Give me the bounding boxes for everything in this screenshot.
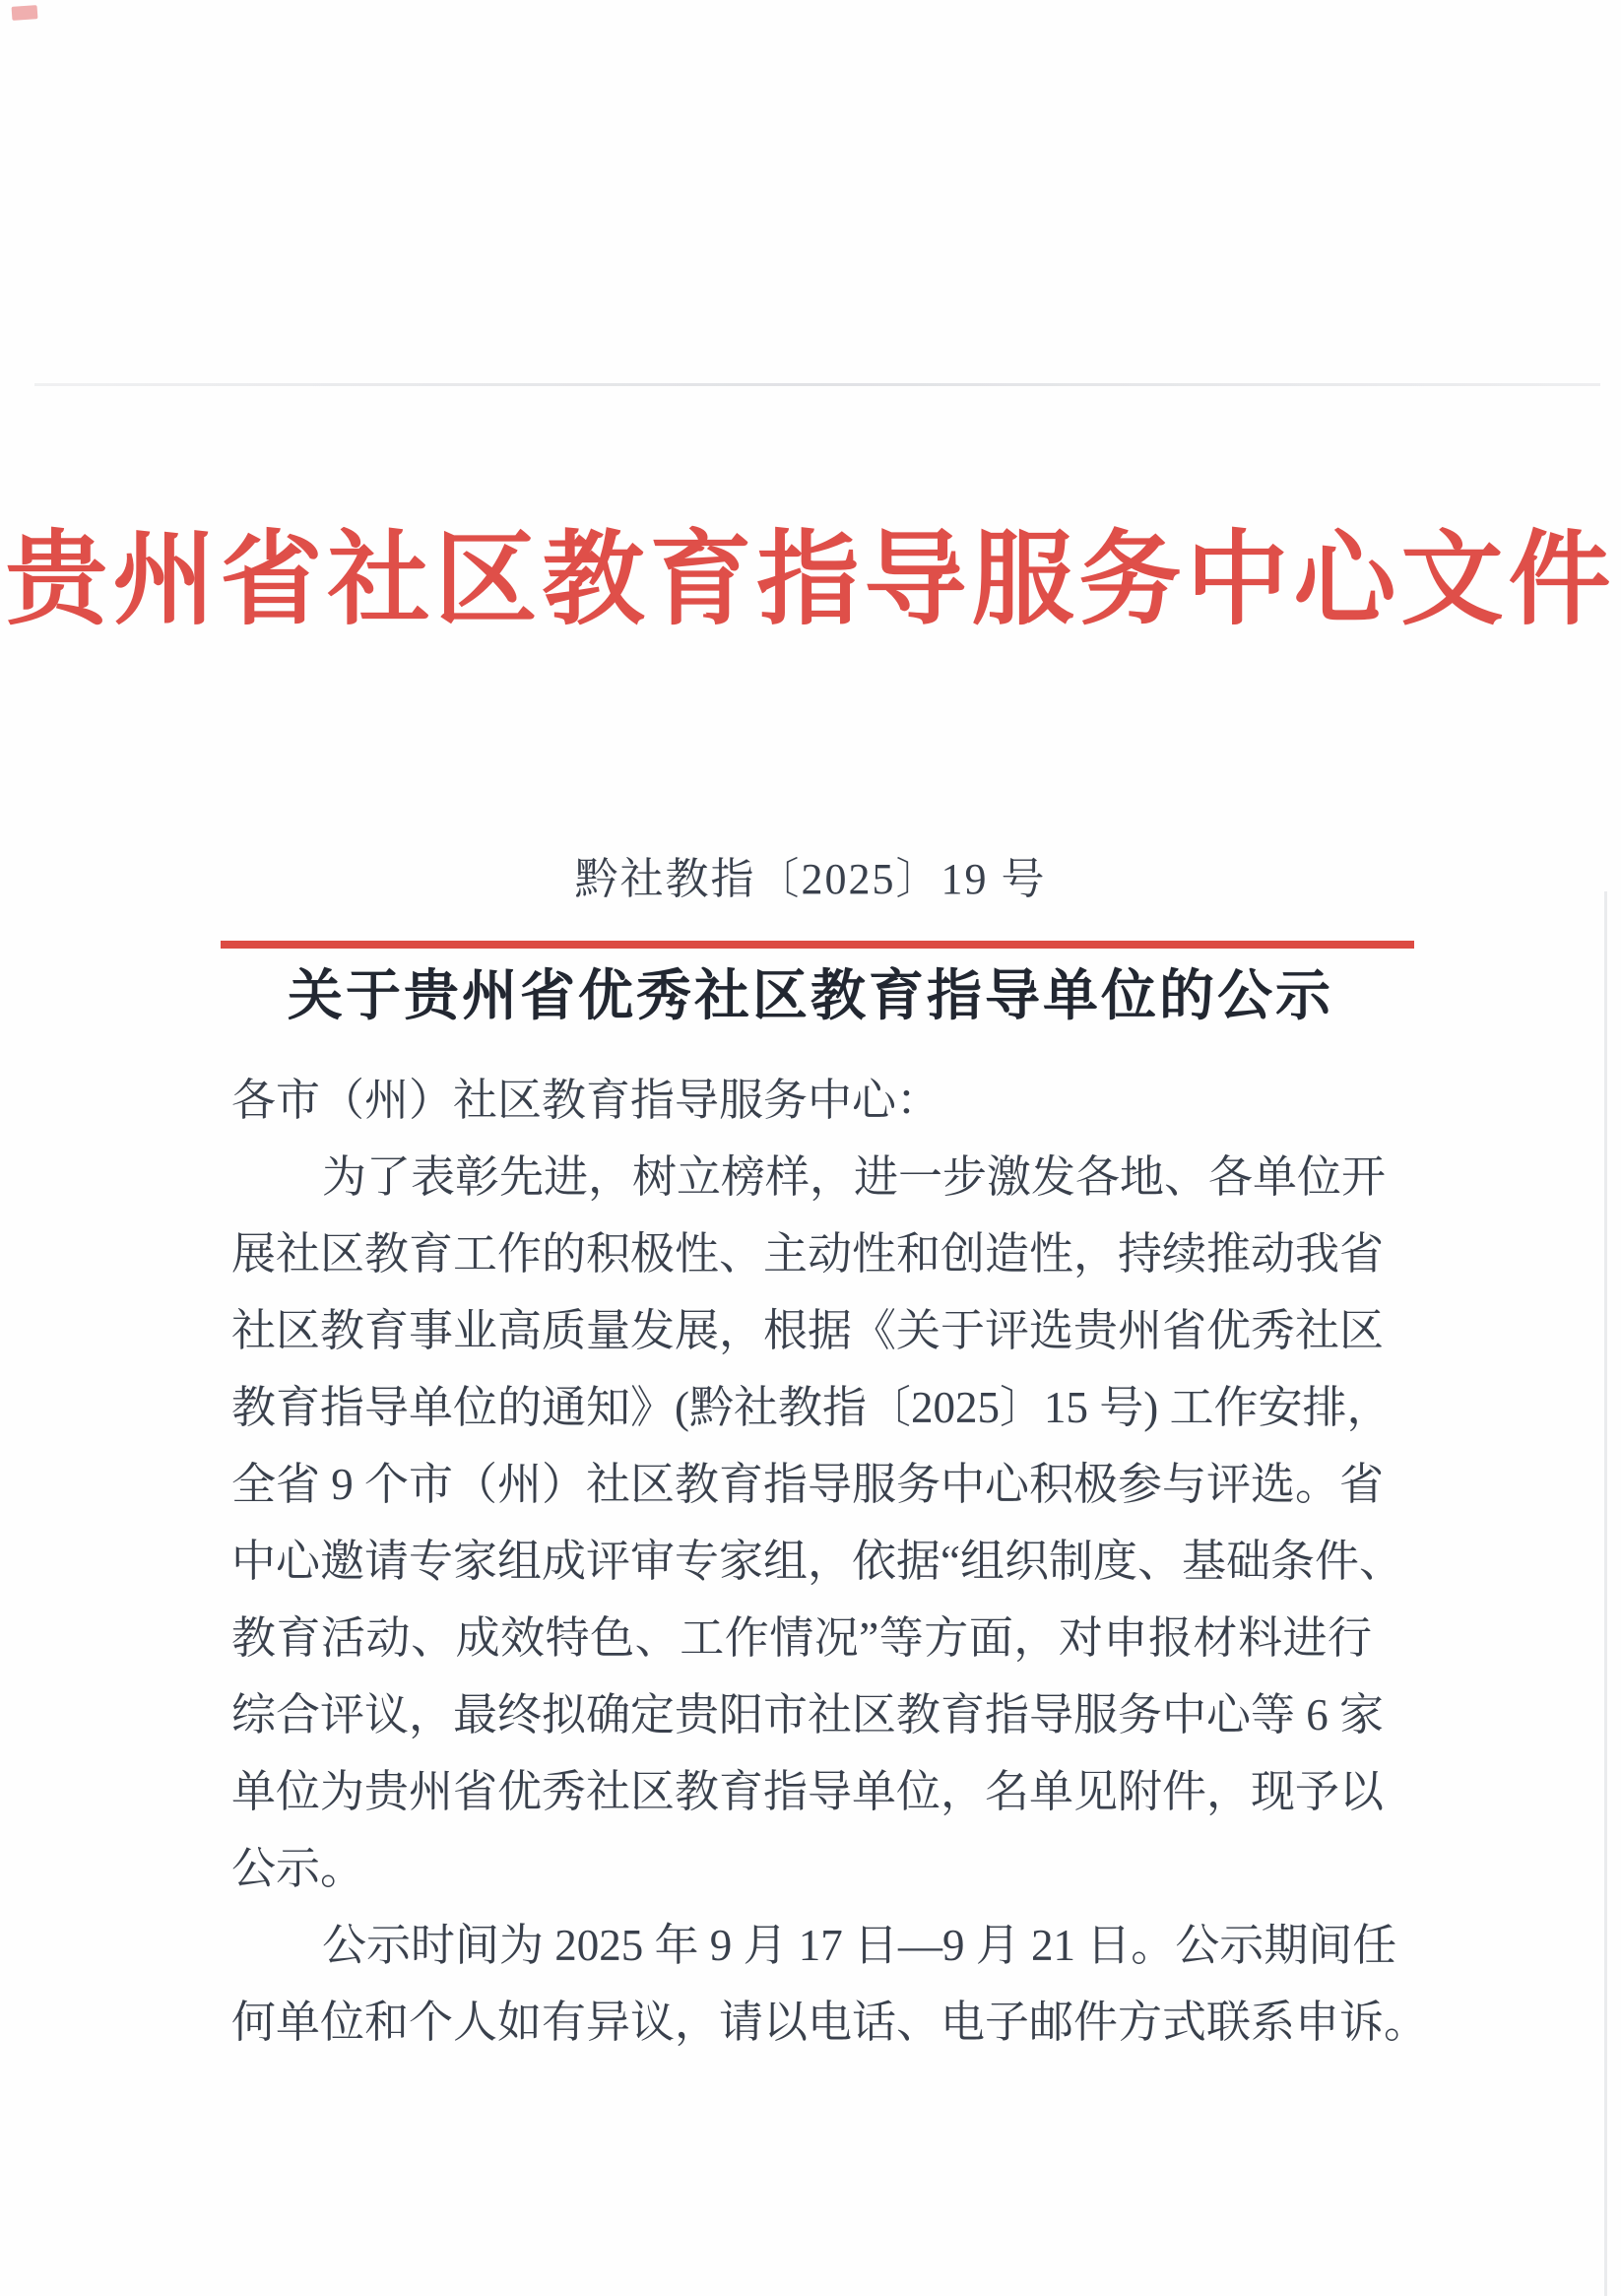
scan-artifact-horizontal-line [34,383,1600,386]
body-line: 为了表彰先进，树立榜样，进一步激发各地、各单位开 [231,1139,1372,1215]
body-line: 公示。 [231,1830,1372,1907]
body-line: 教育指导单位的通知》(黔社教指〔2025〕15 号) 工作安排， [231,1369,1372,1446]
body-line: 社区教育事业高质量发展，根据《关于评选贵州省优秀社区 [231,1292,1372,1369]
red-separator-line [221,941,1414,949]
letterhead-title: 贵州省社区教育指导服务中心文件 [0,520,1621,642]
body-line: 展社区教育工作的积极性、主动性和创造性，持续推动我省 [231,1215,1372,1292]
body-line: 单位为贵州省优秀社区教育指导单位，名单见附件，现予以 [231,1753,1372,1830]
document-page: 贵州省社区教育指导服务中心文件 黔社教指〔2025〕19 号 关于贵州省优秀社区… [0,0,1621,2296]
body-line: 中心邀请专家组成评审专家组，依据“组织制度、基础条件、 [231,1523,1372,1600]
body-line: 教育活动、成效特色、工作情况”等方面，对申报材料进行 [231,1600,1372,1676]
document-subject: 关于贵州省优秀社区教育指导单位的公示 [0,961,1621,1032]
body-line: 全省 9 个市（州）社区教育指导服务中心积极参与评选。省 [231,1446,1372,1523]
scan-artifact-red-mark [12,5,38,21]
body-line: 综合评议，最终拟确定贵阳市社区教育指导服务中心等 6 家 [231,1676,1372,1753]
document-number: 黔社教指〔2025〕19 号 [0,851,1621,908]
document-body: 各市（州）社区教育指导服务中心： 为了表彰先进，树立榜样，进一步激发各地、各单位… [231,1062,1372,2061]
body-line-salutation: 各市（州）社区教育指导服务中心： [231,1062,1372,1139]
scan-artifact-vertical-line [1604,891,1607,2296]
body-line: 何单位和个人如有异议，请以电话、电子邮件方式联系申诉。 [231,1984,1372,2061]
body-line: 公示时间为 2025 年 9 月 17 日—9 月 21 日。公示期间任 [231,1907,1372,1984]
